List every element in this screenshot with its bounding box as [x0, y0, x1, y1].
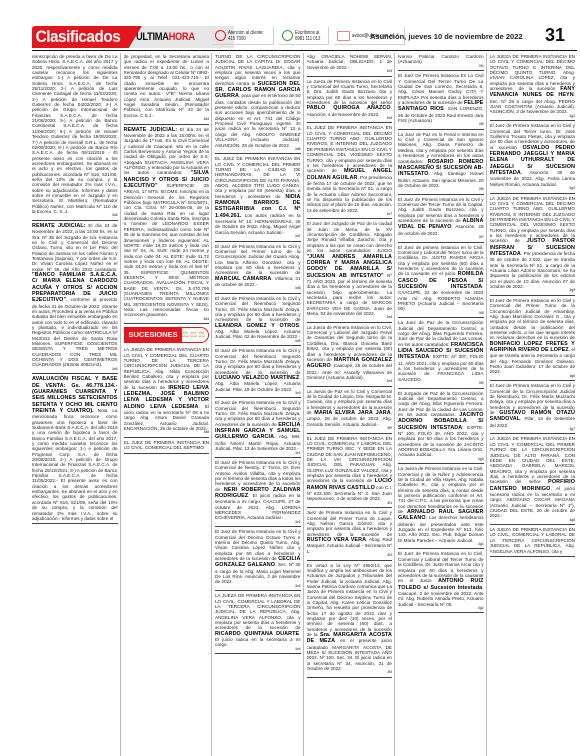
column-6: LA JUEZA DE PRIMERA INSTANCIA EN LO CIVI… — [490, 53, 578, 756]
notice-text: de propiedad, en la Secretaría actuaria … — [124, 54, 210, 118]
brand-main: ULTIMA — [136, 31, 169, 43]
legal-notice: de propiedad, en la Secretaría actuaria … — [124, 53, 210, 125]
notice-code: 3d4 — [124, 318, 210, 322]
legal-notice: La Jueza de Paz en lo Civil y Comercial … — [307, 388, 393, 434]
notice-name: BONIFACIO LOPEZ FRETES Y AGRIPINA RIVERO… — [490, 341, 576, 353]
legal-notice: REMATE JUDICIAL: El día 24 de Noviembre … — [32, 222, 118, 374]
whatsapp-icon — [282, 30, 293, 41]
masthead: Clasificados ULTIMAHORA Atención al clie… — [32, 26, 577, 48]
notice-code: 3f1 — [307, 502, 393, 506]
notice-text: LA JUEZA DE PRIMERA INSTANCIA EN LO CIVI… — [124, 347, 210, 389]
notice-code: 3f9 — [398, 382, 484, 386]
notice-code: 3d4 — [32, 368, 118, 372]
legal-notice: La Juez de Paz en lo Penal e Interina en… — [398, 131, 484, 195]
notice-text: reinscripción de prenda a favor de De La… — [32, 54, 118, 214]
notice-code: 3d6 — [215, 148, 301, 152]
legal-notice: El Juez de Primera Instancia en lo Civil… — [215, 459, 301, 527]
legal-notice: El Juez de Primera Instancia en lo Civil… — [215, 295, 301, 346]
notice-code: 3f4 — [398, 65, 484, 69]
mail-icon — [337, 31, 350, 41]
notice-code: 3a5 — [124, 431, 210, 435]
banner-label: SUCESIONES — [125, 328, 182, 342]
legal-notice: Juez de Primera Instancia en lo Civil y … — [307, 509, 393, 560]
notice-code: 3g2 — [398, 607, 484, 611]
legal-notice: El Juez de Primera Instancia en lo Civil… — [215, 243, 301, 294]
notice-code: 3f5 — [398, 123, 484, 127]
notice-tail: , para que en el término de 50 días, con… — [215, 93, 301, 147]
notice-tail: . Por providencia de fecha 17 de octubre… — [307, 175, 393, 213]
notice-name: LEANDRA GOMEZ Y OTROS — [215, 323, 299, 329]
header-rule — [32, 50, 577, 51]
notice-text: EL JUEZ DE PRIMERA INSTANCIA EN LO CIVIL… — [124, 440, 210, 450]
notice-code: 3e7 — [307, 213, 393, 217]
legal-notice: LA JUEZA DE PRIMERA INSTANCIA EN LO CIVI… — [124, 346, 210, 438]
notice-code: 3f0 — [307, 427, 393, 431]
notice-name: RICARDO QUINTANA DUARTE — [215, 631, 299, 637]
notice-code: 3e9 — [307, 380, 393, 384]
legal-notice: El Juez de Primera Instancia en lo Civil… — [215, 347, 301, 398]
notice-code: 3g5 — [490, 289, 576, 293]
notice-name: RUSTICO VERA VERA — [307, 537, 367, 543]
legal-notice: EL JUEZ DE PRIMERA INSTANCIA EN LO CIVIL… — [124, 439, 210, 454]
notice-code: 3g6 — [490, 375, 576, 379]
notice-code: 3e3 — [215, 585, 301, 589]
legal-notice: EL JUEZ DE PRIMERA INSTANCIA EN LO CIVIL… — [215, 155, 301, 241]
notice-text: En virtud a la Ley Nº 4992/13, que modif… — [307, 563, 393, 637]
column-4: Abg. GRACIELA NOHEMI SERVIN, Actuaria Ju… — [307, 53, 396, 756]
contact-phone[interactable]: Atención al cliente:415 7000 — [212, 27, 274, 45]
legal-notice: LA JUEZA DE PRIMERA INSTANCIA EN LO CIVI… — [490, 53, 576, 121]
notice-text: El día 24 de Noviembre de 2022 a las 15:… — [124, 127, 210, 176]
brand-accent: HORA — [169, 31, 195, 43]
legal-notice: Abg. GRACIELA NOHEMI SERVIN, Actuaria Ju… — [307, 53, 393, 77]
newspaper-page: Clasificados ULTIMAHORA Atención al clie… — [32, 26, 577, 756]
legal-notice: El Juzgado de Paz de la Circunscripción … — [398, 390, 484, 465]
legal-notice: En virtud a la Ley Nº 4992/13, que modif… — [307, 562, 393, 678]
legal-notice: La Jueza de Primera Instancia en lo Civi… — [307, 324, 393, 387]
notice-code: 3f7 — [398, 236, 484, 240]
notice-text: El Juez de Primera Instancia en lo Civil… — [215, 348, 301, 374]
notice-code: 3f3 — [307, 671, 393, 675]
legal-notice: El Juez del Juzgado de Paz de la ciudad … — [307, 220, 393, 322]
notice-text: El Juez de Primera Instancia en lo Civil… — [215, 244, 301, 276]
notice-name: "JUAN ANDRES AMARILLA CORREA Y MARIA ANG… — [307, 254, 393, 279]
legal-notice: EL JUEZ DE PRIMERA INSTANCIA EN LO CIVIL… — [307, 124, 393, 219]
legal-notice: El Juez de Primera Instancia en lo Civil… — [215, 399, 301, 458]
notice-text: El día 24 de Noviembre de 2022, a las 14… — [32, 223, 118, 272]
contact-whatsapp[interactable]: Escríbinos al0981 111 013 — [279, 27, 329, 45]
legal-notice: LA JUEZA DE PRIMERA INSTANCIA EN LO CIVI… — [490, 435, 576, 525]
notice-text: LA JUEZA DE PRIMERA INSTANCIA EN LO CIVI… — [490, 527, 576, 553]
notice-code: 3d7 — [215, 235, 301, 239]
notice-code: 3a4 — [124, 118, 210, 122]
notice-code: 3g4 — [490, 187, 576, 191]
legal-notice: LA JUEZA DE PRIMERA INSTANCIA EN LO CIVI… — [490, 195, 576, 296]
notice-text: El Juez de Primera Instancia en lo Civil… — [490, 298, 576, 340]
notice-tail: Nota: La mencionada finca reconoce como … — [32, 408, 118, 521]
notice-tail: , conforme al proveído de fecha 31 de Oc… — [32, 297, 118, 367]
notice-text: LA JUEZA DE PRIMERA INSTANCIA EN LO CIVI… — [215, 593, 301, 630]
classifieds-columns: reinscripción de prenda a favor de De La… — [32, 53, 577, 756]
legal-notice: El Juez De Primera Instancia En Lo Civil… — [398, 72, 484, 130]
notice-lead: REMATE JUDICIAL: — [32, 223, 86, 229]
notice-code: 3e8 — [307, 316, 393, 320]
notice-code: 3e6 — [307, 117, 393, 121]
legal-notice: La Jueza de Primera Instancia en lo Civi… — [398, 465, 484, 549]
notice-text: Abg. GRACIELA NOHEMI SERVIN, Actuaria Ju… — [307, 54, 393, 70]
notice-tail: Nº 71 AÑO 2022, por el término de sesent… — [307, 273, 393, 316]
notice-code: 3e4 — [215, 648, 301, 652]
notice-name: MARCIAL CAMARRA — [215, 276, 271, 282]
notice-text: Ivanna Patricia Cardozo Cardozo (Actuari… — [398, 54, 484, 64]
legal-notice: EL JUEZ DE PRIMERA INSTANCIA EN LO CIVIL… — [307, 435, 393, 509]
column-5: Ivanna Patricia Cardozo Cardozo (Actuari… — [398, 53, 487, 756]
legal-notice: La Juez de Paz de la Circunscripción Jud… — [398, 319, 484, 388]
notice-text: EL JUEZ DE PRIMERA INSTANCIA EN LO CIVIL… — [307, 125, 393, 173]
notice-name: PABLO QUIROGA AÑAZCO — [307, 105, 391, 111]
legal-notice: El Juez de Primera Instancia en lo Civil… — [215, 528, 301, 591]
notice-text: La Jueza de Primera Instancia en lo Civi… — [398, 466, 484, 514]
notice-code: 3f6 — [398, 188, 484, 192]
legal-notice: reinscripción de prenda a favor de De La… — [32, 53, 118, 221]
legal-notice: AVALUACIÓN FISCAL Y BASE DE VENTA: Gs. 4… — [32, 375, 118, 524]
notice-text: EL JUEZ DE PRIMERA INSTANCIA EN LO CIVIL… — [215, 156, 301, 198]
notice-code: 3d9 — [215, 340, 301, 344]
notice-code: 3g3 — [490, 115, 576, 119]
notice-code: 3e5 — [307, 70, 393, 74]
section-banner-sucesiones: SUCESIONES⚖⚖⚖ — [124, 327, 210, 343]
contact-value: 415 7000 — [228, 36, 246, 42]
legal-notice: El Juez de primera instancia en lo Civil… — [398, 244, 484, 319]
notice-code: 3g1 — [398, 543, 484, 547]
notice-text: El Juez del Juzgado de Paz de la ciudad … — [307, 221, 393, 253]
notice-code: 3f2 — [307, 554, 393, 558]
legal-notice: El Juez de Primera Instancia en lo Civil… — [398, 550, 484, 613]
section-title: Clasificados — [32, 26, 142, 48]
notice-code: 3d3 — [32, 214, 118, 218]
notice-code: 3g7 — [490, 428, 576, 432]
notice-name: MARIA ELVIRA JARA JARA — [314, 410, 390, 416]
notice-code: 3g0 — [398, 458, 484, 462]
notice-text: LA JUEZA DE PRIMERA INSTANCIA EN LO CIVI… — [490, 196, 576, 244]
notice-tail: SUPERFICIE: 25 AREAS, 17 MTS. 50 DMS. In… — [124, 183, 210, 317]
notice-name: LUCIANO VELAZCO MARTÍNEZ — [215, 375, 299, 381]
legal-notice: LA JUEZA DE PRIMERA INSTANCIA EN LO CIVI… — [215, 592, 301, 654]
publication-date: Asunción, jueves 10 de noviembre de 2022 — [370, 32, 523, 41]
page-number: 31 — [545, 25, 565, 46]
notice-code: 3d8 — [215, 287, 301, 291]
legal-notice: La Jueza de Primera Instancia en lo Civi… — [307, 78, 393, 124]
notice-text: LA JUEZA DE PRIMERA INSTANCIA EN LO CIVI… — [490, 436, 576, 484]
notice-code: 3e2 — [215, 521, 301, 525]
legal-notice: LA JUEZA DE PRIMERA INSTANCIA EN LO CIVI… — [490, 526, 576, 557]
notice-text: EL JUEZ DE PRIMERA INSTANCIA EN LO CIVIL… — [307, 436, 393, 484]
notice-code: 3e0 — [215, 392, 301, 396]
contact-value: 0981 111 013 — [295, 36, 320, 42]
legal-notice: El Juez de Primera Instancia en lo Civil… — [490, 122, 576, 193]
legal-notice: REMATE JUDICIAL: El día 24 de Noviembre … — [124, 126, 210, 325]
legal-notice: El Juez de Primera Instancia en lo Civil… — [490, 382, 576, 434]
notice-code: 3e1 — [215, 452, 301, 456]
column-3: TURNO DE LA CIRCUNSCRIPCIÓN JUDICIAL DE … — [215, 53, 304, 756]
notice-code: 3f8 — [398, 312, 484, 316]
legal-notice: El Juez de Primera Instancia en lo Civil… — [398, 196, 484, 243]
legal-notice: TURNO DE LA CIRCUNSCRIPCIÓN JUDICIAL DE … — [215, 53, 301, 154]
notice-code: 3g8 — [490, 519, 576, 523]
notice-text: La Jueza de Primera Instancia en lo Civi… — [307, 79, 393, 105]
scales-icon: ⚖⚖⚖ — [182, 332, 207, 337]
notice-tail: . Por providencia de fecha 06 de octubre… — [490, 251, 576, 289]
legal-notice: Ivanna Patricia Cardozo Cardozo (Actuari… — [398, 53, 484, 71]
legal-notice: El Juez de Primera Instancia en lo Civil… — [490, 297, 576, 381]
column-1: reinscripción de prenda a favor de De La… — [32, 53, 121, 756]
notice-text: Juez de Primera Instancia en lo Civil y … — [307, 510, 393, 536]
column-2: de propiedad, en la Secretaría actuaria … — [124, 53, 213, 756]
phone-icon — [215, 30, 226, 41]
notice-text: El Juez de Primera Instancia en lo Civil… — [215, 296, 301, 322]
notice-lead: REMATE JUDICIAL: — [124, 127, 178, 133]
